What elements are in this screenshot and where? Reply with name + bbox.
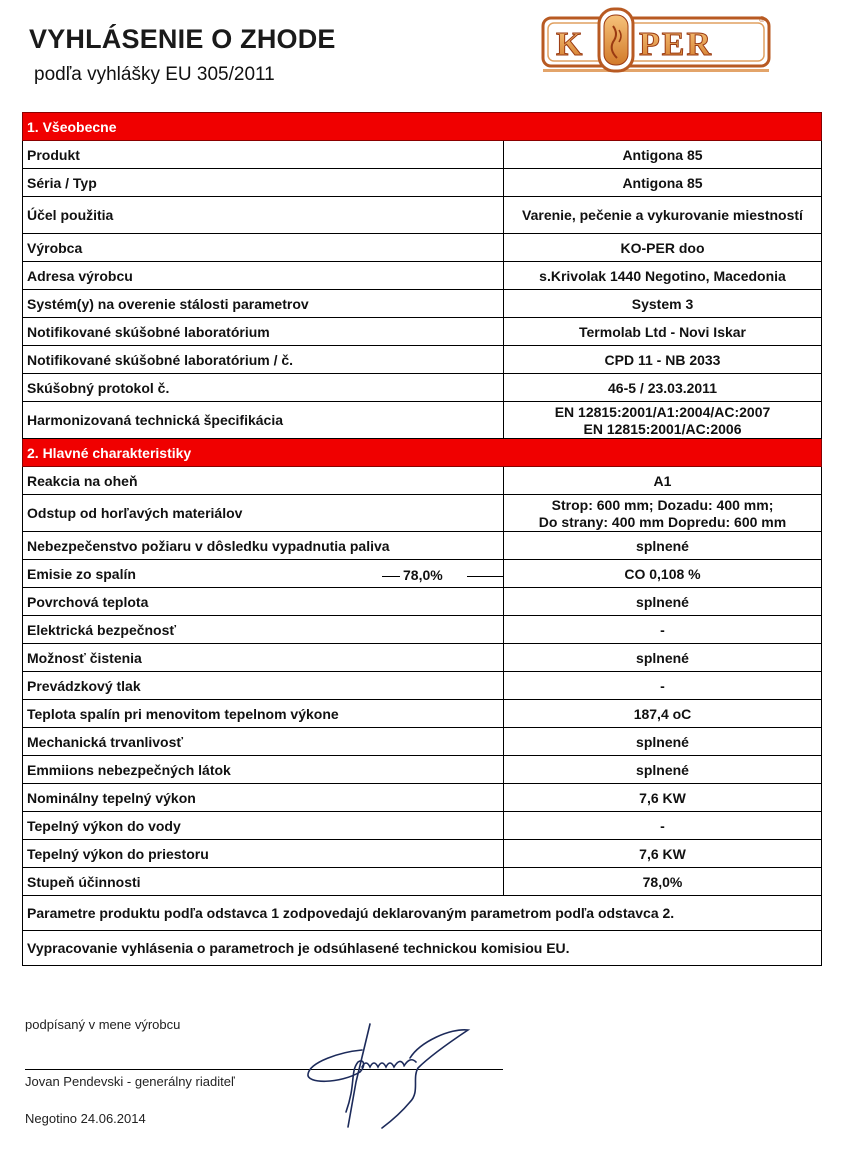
row-label: Tepelný výkon do priestoru bbox=[23, 840, 504, 868]
table-row: Notifikované skúšobné laboratórium / č.C… bbox=[23, 346, 822, 374]
row-value: splnené bbox=[504, 588, 822, 616]
declaration-table: 1. VšeobecneProduktAntigona 85Séria / Ty… bbox=[22, 112, 822, 966]
row-value: Varenie, pečenie a vykurovanie miestnost… bbox=[504, 197, 822, 234]
row-label: Adresa výrobcu bbox=[23, 262, 504, 290]
table-row: Tepelný výkon do priestoru7,6 KW bbox=[23, 840, 822, 868]
row-label: Prevádzkový tlak bbox=[23, 672, 504, 700]
table-row: Skúšobný protokol č.46-5 / 23.03.2011 bbox=[23, 374, 822, 402]
table-row: Prevádzkový tlak- bbox=[23, 672, 822, 700]
row-label: Séria / Typ bbox=[23, 169, 504, 197]
table-row: Adresa výrobcus.Krivolak 1440 Negotino, … bbox=[23, 262, 822, 290]
row-value: Strop: 600 mm; Dozadu: 400 mm;Do strany:… bbox=[504, 495, 822, 532]
table-row: Nebezpečenstvo požiaru v dôsledku vypadn… bbox=[23, 532, 822, 560]
table-row: Reakcia na oheňA1 bbox=[23, 467, 822, 495]
note-row: Parametre produktu podľa odstavca 1 zodp… bbox=[23, 896, 822, 931]
row-value: CPD 11 - NB 2033 bbox=[504, 346, 822, 374]
row-value: 46-5 / 23.03.2011 bbox=[504, 374, 822, 402]
row-value: Antigona 85 bbox=[504, 169, 822, 197]
section-title: 2. Hlavné charakteristiky bbox=[23, 439, 822, 467]
row-label: Emmiions nebezpečných látok bbox=[23, 756, 504, 784]
table-row: Tepelný výkon do vody- bbox=[23, 812, 822, 840]
logo-letter-k: K bbox=[556, 26, 583, 63]
row-label: Notifikované skúšobné laboratórium bbox=[23, 318, 504, 346]
document-title: VYHLÁSENIE O ZHODE bbox=[29, 24, 336, 55]
row-label: Teplota spalín pri menovitom tepelnom vý… bbox=[23, 700, 504, 728]
table-row: Stupeň účinnosti78,0% bbox=[23, 868, 822, 896]
table-row: Systém(y) na overenie stálosti parametro… bbox=[23, 290, 822, 318]
row-value: - bbox=[504, 672, 822, 700]
row-label: Mechanická trvanlivosť bbox=[23, 728, 504, 756]
row-label: Tepelný výkon do vody bbox=[23, 812, 504, 840]
row-value: - bbox=[504, 812, 822, 840]
row-value-line: EN 12815:2001/AC:2006 bbox=[508, 421, 817, 438]
row-value: splnené bbox=[504, 644, 822, 672]
row-value: EN 12815:2001/A1:2004/AC:2007EN 12815:20… bbox=[504, 402, 822, 439]
row-value: 187,4 oC bbox=[504, 700, 822, 728]
row-label: Účel použitia bbox=[23, 197, 504, 234]
overlay-line-right bbox=[467, 576, 503, 577]
table-row: Odstup od horľavých materiálovStrop: 600… bbox=[23, 495, 822, 532]
signatory-name: Jovan Pendevski - generálny riaditeľ bbox=[25, 1074, 235, 1089]
table-row: Séria / TypAntigona 85 bbox=[23, 169, 822, 197]
row-value-line: EN 12815:2001/A1:2004/AC:2007 bbox=[508, 404, 817, 421]
note-text: Vypracovanie vyhlásenia o parametroch je… bbox=[23, 931, 822, 966]
signature-image bbox=[300, 1022, 480, 1132]
logo-letters-per: PER bbox=[639, 26, 713, 63]
row-label: Skúšobný protokol č. bbox=[23, 374, 504, 402]
row-label: Povrchová teplota bbox=[23, 588, 504, 616]
row-value: Termolab Ltd - Novi Iskar bbox=[504, 318, 822, 346]
section-header-1: 1. Všeobecne bbox=[23, 113, 822, 141]
table-row: Notifikované skúšobné laboratóriumTermol… bbox=[23, 318, 822, 346]
table-row: Mechanická trvanlivosťsplnené bbox=[23, 728, 822, 756]
overlay-efficiency-artifact: 78,0% bbox=[403, 567, 443, 583]
row-value: CO 0,108 % bbox=[504, 560, 822, 588]
row-value: A1 bbox=[504, 467, 822, 495]
document-subtitle: podľa vyhlášky EU 305/2011 bbox=[34, 64, 275, 86]
table-row: Možnosť čisteniasplnené bbox=[23, 644, 822, 672]
row-value: KO-PER doo bbox=[504, 234, 822, 262]
table-row: VýrobcaKO-PER doo bbox=[23, 234, 822, 262]
row-label: Systém(y) na overenie stálosti parametro… bbox=[23, 290, 504, 318]
row-label: Výrobca bbox=[23, 234, 504, 262]
table-row: ProduktAntigona 85 bbox=[23, 141, 822, 169]
row-value: s.Krivolak 1440 Negotino, Macedonia bbox=[504, 262, 822, 290]
row-label: Harmonizovaná technická špecifikácia bbox=[23, 402, 504, 439]
row-label: Stupeň účinnosti bbox=[23, 868, 504, 896]
note-text: Parametre produktu podľa odstavca 1 zodp… bbox=[23, 896, 822, 931]
overlay-line-left bbox=[382, 576, 400, 577]
row-label: Nebezpečenstvo požiaru v dôsledku vypadn… bbox=[23, 532, 504, 560]
row-value: splnené bbox=[504, 532, 822, 560]
row-label: Notifikované skúšobné laboratórium / č. bbox=[23, 346, 504, 374]
registered-mark: ® bbox=[759, 15, 765, 24]
table-row: Teplota spalín pri menovitom tepelnom vý… bbox=[23, 700, 822, 728]
place-date: Negotino 24.06.2014 bbox=[25, 1111, 146, 1126]
row-value: Antigona 85 bbox=[504, 141, 822, 169]
row-value: 78,0% bbox=[504, 868, 822, 896]
row-value: 7,6 KW bbox=[504, 784, 822, 812]
row-value: splnené bbox=[504, 756, 822, 784]
signed-on-behalf-label: podpísaný v mene výrobcu bbox=[25, 1017, 180, 1032]
row-value-line: Do strany: 400 mm Dopredu: 600 mm bbox=[508, 514, 817, 531]
section-title: 1. Všeobecne bbox=[23, 113, 822, 141]
row-value: System 3 bbox=[504, 290, 822, 318]
table-row: Povrchová teplotasplnené bbox=[23, 588, 822, 616]
table-row: Elektrická bezpečnosť- bbox=[23, 616, 822, 644]
row-value: 7,6 KW bbox=[504, 840, 822, 868]
row-label: Produkt bbox=[23, 141, 504, 169]
row-label: Nominálny tepelný výkon bbox=[23, 784, 504, 812]
note-row: Vypracovanie vyhlásenia o parametroch je… bbox=[23, 931, 822, 966]
koper-logo: K PER ® bbox=[541, 6, 773, 74]
table-row: Harmonizovaná technická špecifikáciaEN 1… bbox=[23, 402, 822, 439]
section-header-2: 2. Hlavné charakteristiky bbox=[23, 439, 822, 467]
row-label: Reakcia na oheň bbox=[23, 467, 504, 495]
table-row: Emmiions nebezpečných látoksplnené bbox=[23, 756, 822, 784]
row-value: splnené bbox=[504, 728, 822, 756]
row-label: Elektrická bezpečnosť bbox=[23, 616, 504, 644]
row-value: - bbox=[504, 616, 822, 644]
table-row: Účel použitiaVarenie, pečenie a vykurova… bbox=[23, 197, 822, 234]
table-row: Nominálny tepelný výkon7,6 KW bbox=[23, 784, 822, 812]
row-label: Odstup od horľavých materiálov bbox=[23, 495, 504, 532]
row-value-line: Strop: 600 mm; Dozadu: 400 mm; bbox=[508, 497, 817, 514]
row-label: Možnosť čistenia bbox=[23, 644, 504, 672]
